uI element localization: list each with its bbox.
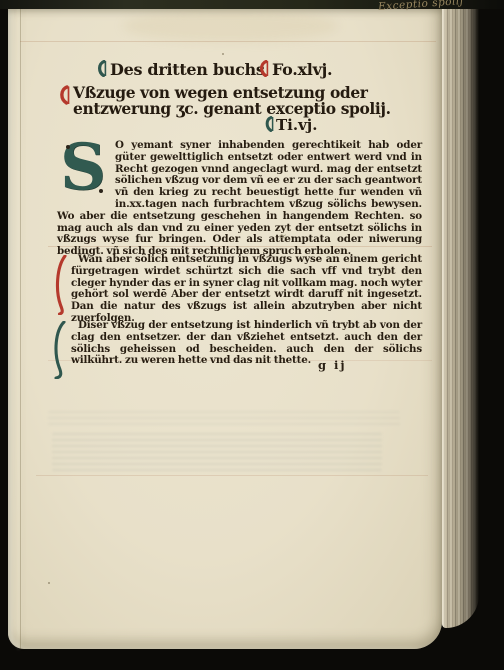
chapter-title-text: Vßzuge von wegen entsetzung oder entzwer…: [73, 85, 391, 116]
showthrough-band: [52, 433, 382, 471]
foxing-stain: [123, 10, 338, 42]
gutter-crease: [20, 6, 21, 649]
paragraph: Diser vßzug der entsetzung ist hinderlic…: [57, 320, 422, 367]
paragraph-text: O yemant syner inhabenden gerechtikeit h…: [57, 139, 422, 257]
paragraph-flourish-icon: [54, 255, 67, 315]
title-number: Ti.vj.: [264, 116, 317, 134]
initial-capital: S: [57, 142, 109, 199]
ink-speck: [222, 53, 224, 55]
book-photo: Des dritten buchs Fo.xlvj. Vßzuge von we…: [0, 0, 504, 670]
paragraph: SO yemant syner inhabenden gerechtikeit …: [57, 140, 422, 258]
rule-line: [20, 41, 436, 42]
pilcrow-icon: [58, 85, 70, 105]
header-book-title: Des dritten buchs: [110, 60, 265, 79]
showthrough-band: [48, 411, 400, 428]
quire-signature: g ij: [318, 358, 347, 372]
pilcrow-icon: [96, 60, 107, 77]
paragraph: Wan aber sölich entsetzung in vßzugs wys…: [57, 254, 422, 325]
title-line-2: entzwerung ʒc. genant exceptio spolij.: [73, 101, 391, 117]
running-header-folio: Fo.xlvj.: [258, 60, 332, 79]
paragraph-text: Diser vßzug der entsetzung ist hinderlic…: [71, 319, 422, 366]
title-number-text: Ti.vj.: [276, 116, 317, 134]
pilcrow-icon: [264, 116, 274, 132]
squiggle-mark: ≈: [277, 229, 288, 243]
chapter-title: Vßzuge von wegen entsetzung oder entzwer…: [58, 85, 391, 116]
pilcrow-icon: [258, 60, 269, 77]
rule-line: [36, 475, 428, 476]
book-page: Des dritten buchs Fo.xlvj. Vßzuge von we…: [8, 6, 442, 649]
ink-speck: [48, 582, 50, 584]
running-header-left: Des dritten buchs: [96, 60, 265, 79]
ink-speck: [341, 306, 343, 307]
paragraph-text: Wan aber sölich entsetzung in vßzugs wys…: [71, 253, 422, 324]
folio-number: Fo.xlvj.: [272, 60, 332, 79]
book-fore-edge: [442, 6, 479, 628]
paragraph-flourish-icon: [52, 321, 66, 379]
